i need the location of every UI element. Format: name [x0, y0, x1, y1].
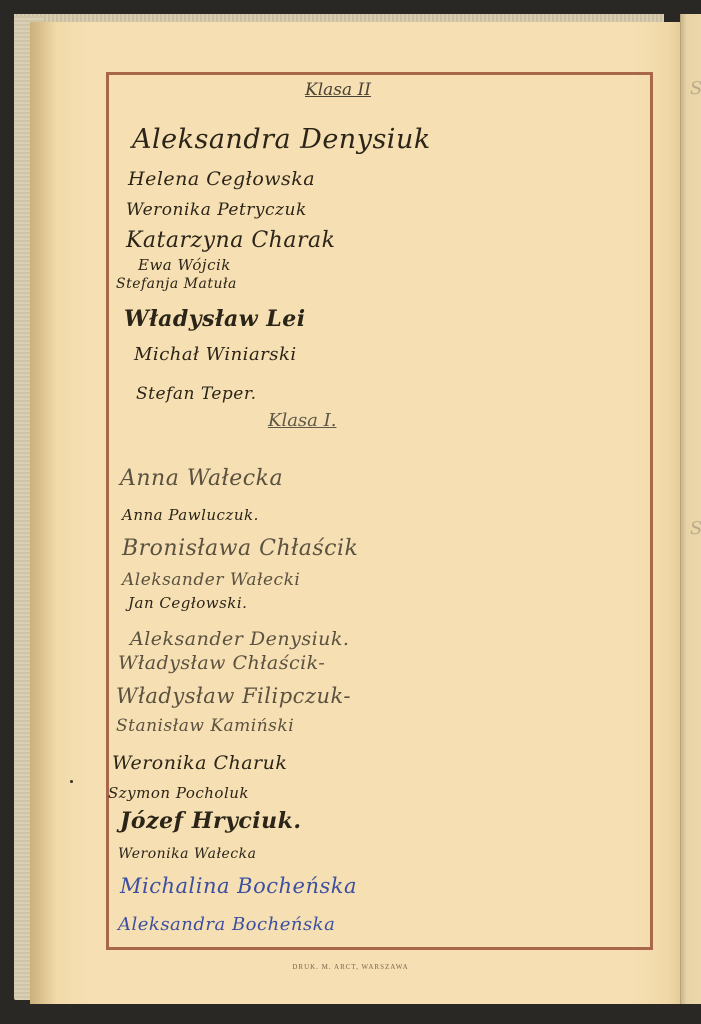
- signature: Aleksander Denysiuk.: [130, 628, 349, 650]
- facing-page-edge: [680, 14, 701, 1004]
- class-1-heading: Klasa I.: [268, 410, 336, 431]
- signature: Jan Cegłowski.: [128, 594, 247, 612]
- signature: Aleksandra Denysiuk: [132, 124, 431, 155]
- signature: Władysław Filipczuk-: [116, 684, 351, 708]
- signature: Bronisława Chłaścik: [122, 536, 358, 561]
- scanned-book-spread: S S Klasa II Aleksandra Denysiuk Helena …: [0, 0, 701, 1024]
- signature: Władysław Chłaścik-: [118, 652, 325, 674]
- signature: Władysław Lei: [124, 306, 306, 332]
- signature: Ewa Wójcik: [138, 256, 231, 274]
- class-2-heading: Klasa II: [305, 80, 371, 100]
- signature-blue-ink: Michalina Bocheńska: [120, 874, 357, 898]
- signature: Józef Hryciuk.: [120, 808, 302, 834]
- signature: Katarzyna Charak: [126, 228, 335, 253]
- signature: Stanisław Kamiński: [116, 716, 294, 736]
- signature: Aleksander Wałecki: [122, 570, 300, 590]
- signature: Michał Winiarski: [134, 344, 297, 365]
- facing-page-glyph: S: [690, 520, 700, 538]
- signature: Anna Wałecka: [120, 466, 283, 491]
- signature: Weronika Petryczuk: [126, 200, 307, 220]
- gutter-shadow: [30, 22, 56, 1004]
- signature: Helena Cegłowska: [128, 168, 315, 190]
- ink-dot: [70, 780, 73, 783]
- signature-blue-ink: Aleksandra Bocheńska: [118, 914, 335, 935]
- signature: Weronika Charuk: [112, 752, 287, 774]
- signature: Weronika Wałecka: [118, 846, 256, 862]
- signature: Szymon Pocholuk: [108, 784, 249, 802]
- signature: Stefanja Matuła: [116, 276, 237, 292]
- signature: Stefan Teper.: [136, 384, 257, 404]
- facing-page-glyph: S: [690, 80, 700, 98]
- printer-imprint: DRUK. M. ARCT, WARSZAWA: [0, 963, 701, 971]
- signature: Anna Pawluczuk.: [122, 506, 259, 524]
